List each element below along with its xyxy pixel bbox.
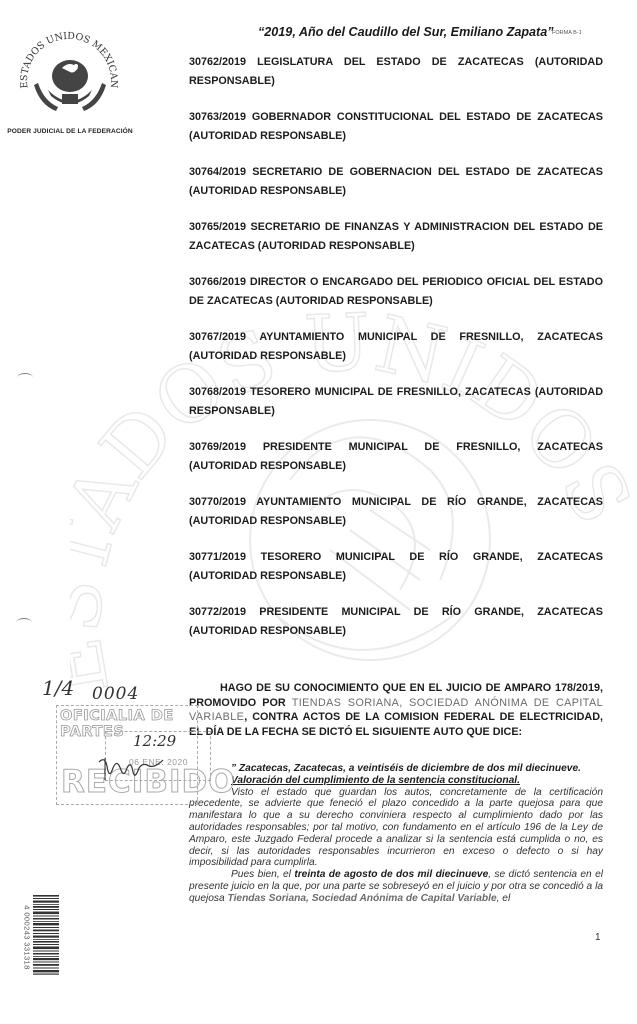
mexican-coat-of-arms-seal: ESTADOS UNIDOS MEXICANOS <box>18 28 118 123</box>
ruling-paragraph-2-text: , el <box>497 893 511 904</box>
barcode <box>33 895 59 975</box>
handwritten-folio-number: 0004 <box>92 684 139 704</box>
punch-hole-mark <box>17 373 33 382</box>
ruling-party-name: Tiendas Soriana, Sociedad Anónima de Cap… <box>228 893 497 904</box>
ruling-heading: Valoración del cumplimiento de la senten… <box>189 775 603 787</box>
recipient-item: 30769/2019 PRESIDENTE MUNICIPAL DE FRESN… <box>189 438 603 493</box>
barcode-number: 4 000243 331318 <box>23 898 32 978</box>
page-number: 1 <box>595 932 601 943</box>
recipients-list: 30762/2019 LEGISLATURA DEL ESTADO DE ZAC… <box>189 53 603 658</box>
handwritten-folio-fraction: 1/4 <box>42 676 74 700</box>
ruling-date-bold: treinta de agosto de dos mil diecinueve <box>294 869 488 880</box>
signature-scribble <box>97 754 167 784</box>
recipient-item: 30770/2019 AYUNTAMIENTO MUNICIPAL DE RÍO… <box>189 493 603 548</box>
recipient-item: 30763/2019 GOBERNADOR CONSTITUCIONAL DEL… <box>189 108 603 163</box>
reception-stamp: OFICIALIA DE PARTES 12:29 06 ENE. 2020 R… <box>56 705 198 805</box>
notice-paragraph: HAGO DE SU CONOCIMIENTO QUE EN EL JUICIO… <box>189 681 603 739</box>
stamp-handwritten-time: 12:29 <box>133 732 176 750</box>
ruling-text: ” Zacatecas, Zacatecas, a veintiséis de … <box>189 763 603 905</box>
ruling-paragraph-2-text: Pues bien, el <box>231 869 294 880</box>
form-code: FORMA B-1 <box>552 30 582 36</box>
ruling-place-date: ” Zacatecas, Zacatecas, a veintiséis de … <box>189 763 603 775</box>
recipient-item: 30768/2019 TESORERO MUNICIPAL DE FRESNIL… <box>189 383 603 438</box>
recipient-item: 30771/2019 TESORERO MUNICIPAL DE RÍO GRA… <box>189 548 603 603</box>
ruling-heading-text: Valoración del cumplimiento de la senten… <box>231 775 520 786</box>
recipient-item: 30766/2019 DIRECTOR O ENCARGADO DEL PERI… <box>189 273 603 328</box>
recipient-item: 30762/2019 LEGISLATURA DEL ESTADO DE ZAC… <box>189 53 603 108</box>
institution-name: PODER JUDICIAL DE LA FEDERACIÓN <box>0 128 140 135</box>
notice-text-part2: , CONTRA ACTOS DE LA COMISION FEDERAL DE… <box>189 711 603 738</box>
ruling-paragraph-2: Pues bien, el treinta de agosto de dos m… <box>189 869 603 904</box>
punch-hole-mark <box>16 618 32 627</box>
ruling-paragraph-1: Visto el estado que guardan los autos, c… <box>189 787 603 870</box>
document-motto: “2019, Año del Caudillo del Sur, Emilian… <box>258 25 554 39</box>
ruling-paragraph-1-text: Visto el estado que guardan los autos, c… <box>189 787 603 869</box>
recipient-item: 30772/2019 PRESIDENTE MUNICIPAL DE RÍO G… <box>189 603 603 658</box>
recipient-item: 30764/2019 SECRETARIO DE GOBERNACION DEL… <box>189 163 603 218</box>
recipient-item: 30765/2019 SECRETARIO DE FINANZAS Y ADMI… <box>189 218 603 273</box>
recipient-item: 30767/2019 AYUNTAMIENTO MUNICIPAL DE FRE… <box>189 328 603 383</box>
